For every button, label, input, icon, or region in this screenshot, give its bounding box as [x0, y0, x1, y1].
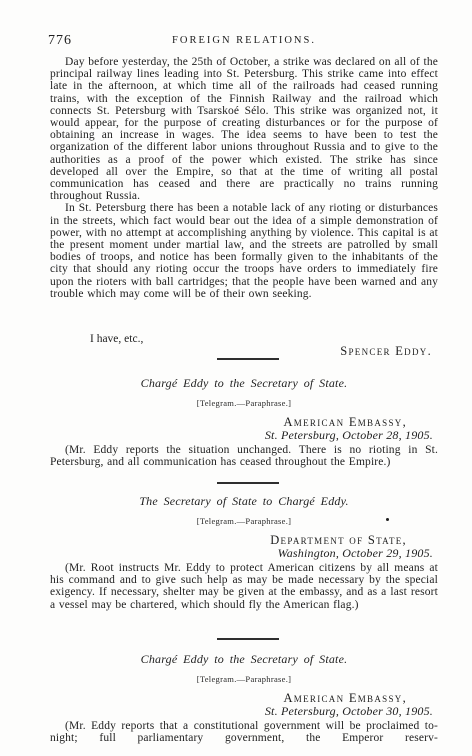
telegram-paraphrase-label: [Telegram.—Paraphrase.]: [50, 517, 438, 526]
telegram-sender: American Embassy,: [50, 416, 438, 428]
telegram-body: (Mr. Eddy reports the situation unchange…: [50, 444, 438, 468]
section-divider-3: [217, 638, 279, 640]
running-header: FOREIGN RELATIONS.: [50, 35, 438, 46]
telegram-sender: Department of State,: [50, 534, 438, 546]
telegram-body: (Mr. Eddy reports that a constitutional …: [50, 720, 438, 744]
telegram-section-oct-28: Chargé Eddy to the Secretary of State. […: [50, 377, 438, 468]
telegram-dateline: St. Petersburg, October 30, 1905.: [50, 705, 438, 717]
telegram-section-oct-29: The Secretary of State to Chargé Eddy. […: [50, 495, 438, 611]
book-page: 776 FOREIGN RELATIONS. Day before yester…: [0, 0, 472, 756]
telegram-paraphrase-label: [Telegram.—Paraphrase.]: [50, 675, 438, 684]
section-divider-1: [217, 358, 279, 360]
telegram-paraphrase-label: [Telegram.—Paraphrase.]: [50, 399, 438, 408]
telegram-section-oct-30: Chargé Eddy to the Secretary of State. […: [50, 653, 438, 744]
telegram-dateline: Washington, October 29, 1905.: [50, 547, 438, 559]
section-divider-2: [217, 482, 279, 484]
page-header: 776 FOREIGN RELATIONS.: [50, 33, 438, 49]
telegram-heading: The Secretary of State to Chargé Eddy.: [50, 495, 438, 508]
ink-spot-artifact: [386, 518, 389, 521]
letter-signature: Spencer Eddy.: [50, 344, 438, 359]
telegram-sender: American Embassy,: [50, 692, 438, 704]
telegram-heading: Chargé Eddy to the Secretary of State.: [50, 653, 438, 666]
dispatch-paragraph-2: In St. Petersburg there has been a notab…: [50, 202, 438, 300]
telegram-dateline: St. Petersburg, October 28, 1905.: [50, 429, 438, 441]
telegram-heading: Chargé Eddy to the Secretary of State.: [50, 377, 438, 390]
dispatch-paragraph-1: Day before yesterday, the 25th of Octobe…: [50, 56, 438, 202]
dispatch-body: Day before yesterday, the 25th of Octobe…: [50, 56, 438, 332]
telegram-body: (Mr. Root instructs Mr. Eddy to protect …: [50, 562, 438, 611]
